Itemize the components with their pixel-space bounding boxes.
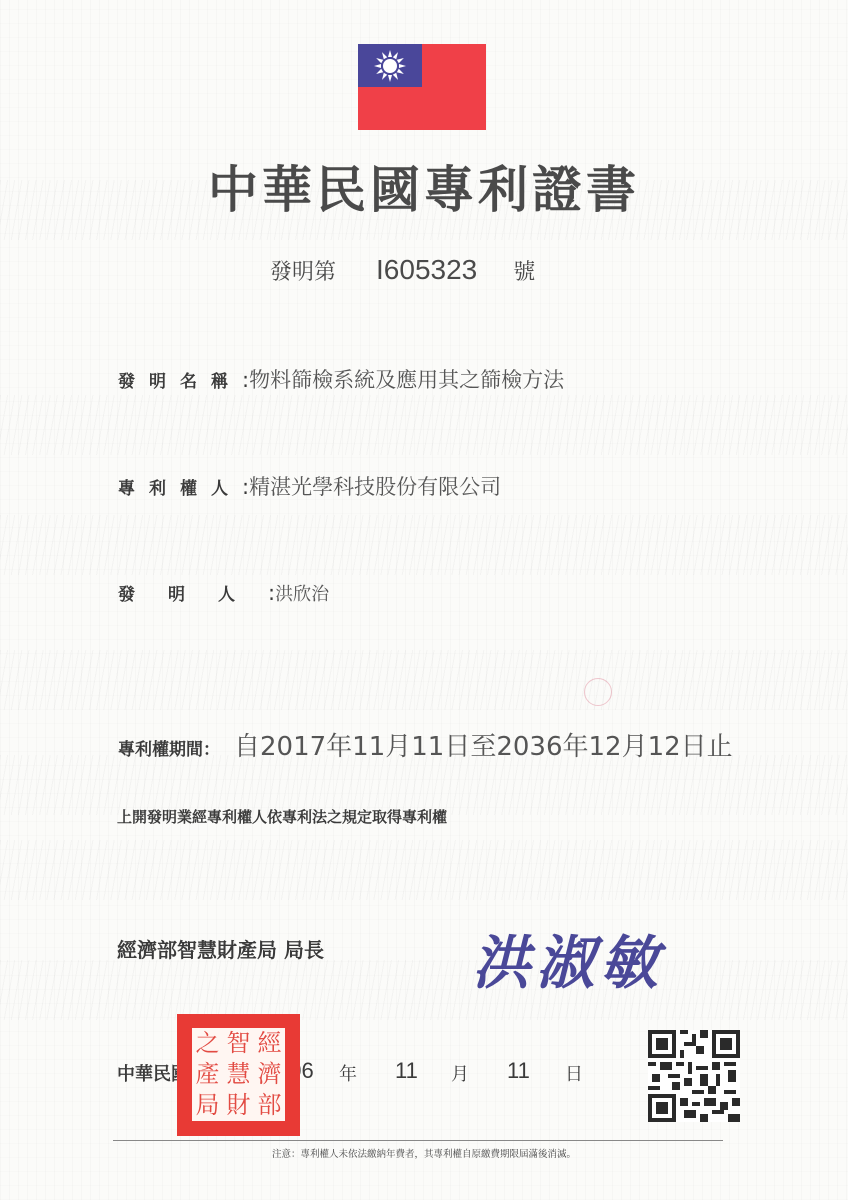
date-day-unit: 日 bbox=[565, 1060, 583, 1086]
field-label: 發明名稱 bbox=[118, 372, 242, 392]
seal-char: 經 bbox=[254, 1028, 285, 1059]
date-month-unit: 月 bbox=[451, 1060, 469, 1086]
white-sun-icon bbox=[371, 48, 409, 84]
seal-char: 產 bbox=[192, 1059, 223, 1090]
date-day: 11 bbox=[507, 1058, 530, 1084]
issuing-authority: 經濟部智慧財產局 局長 bbox=[117, 934, 324, 963]
seal-char: 局 bbox=[192, 1090, 223, 1121]
seal-char: 濟 bbox=[254, 1059, 285, 1090]
grant-statement: 上開發明業經專利權人依專利法之規定取得專利權 bbox=[117, 806, 447, 827]
seal-char: 之 bbox=[192, 1028, 223, 1059]
date-month: 11 bbox=[395, 1058, 418, 1084]
patent-number-line: 發明第I605323號 bbox=[270, 254, 535, 286]
guilloche-band bbox=[0, 395, 848, 455]
flag-of-republic-of-china-icon bbox=[358, 44, 486, 130]
field-label: 專利權人 bbox=[118, 479, 242, 499]
seal-char: 智 bbox=[223, 1028, 254, 1059]
guilloche-band bbox=[0, 650, 848, 710]
guilloche-band bbox=[0, 515, 848, 575]
patent-number: I605323 bbox=[376, 254, 477, 285]
patent-number-prefix: 發明第 bbox=[270, 260, 336, 285]
guilloche-band bbox=[0, 840, 848, 900]
date-year-unit: 年 bbox=[339, 1060, 357, 1086]
certificate-title: 中華民國專利證書 bbox=[0, 150, 848, 222]
seal-char: 慧 bbox=[223, 1059, 254, 1090]
seal-char: 部 bbox=[254, 1090, 285, 1121]
qr-code-icon[interactable] bbox=[648, 1030, 740, 1122]
patent-term: 專利權期間：自2017年11月11日至2036年12月12日止 bbox=[118, 726, 733, 763]
patent-term-value: 自2017年11月11日至2036年12月12日止 bbox=[234, 732, 733, 762]
field-inventor: 發明人:洪欣治 bbox=[118, 580, 329, 606]
footer-notice: 注意：專利權人未依法繳納年費者，其專利權自原繳費期限屆滿後消滅。 bbox=[0, 1146, 848, 1160]
patent-number-suffix: 號 bbox=[513, 260, 535, 285]
field-patentee: 專利權人:精湛光學科技股份有限公司 bbox=[118, 471, 501, 501]
field-value: 物料篩檢系統及應用其之篩檢方法 bbox=[249, 368, 564, 392]
guilloche-band bbox=[0, 960, 848, 1020]
field-invention-title: 發明名稱:物料篩檢系統及應用其之篩檢方法 bbox=[118, 364, 564, 394]
field-label: 發明人 bbox=[118, 585, 268, 605]
field-value: 精湛光學科技股份有限公司 bbox=[249, 475, 501, 499]
seal-characters: 之 智 經 產 慧 濟 局 財 部 bbox=[192, 1028, 285, 1121]
seal-char: 財 bbox=[223, 1090, 254, 1121]
director-signature: 洪淑敏 bbox=[472, 916, 664, 1000]
patent-term-label: 專利權期間： bbox=[118, 740, 220, 760]
official-seal-icon: 之 智 經 產 慧 濟 局 財 部 bbox=[177, 1014, 300, 1136]
footer-divider bbox=[113, 1140, 723, 1141]
decorative-fiber bbox=[584, 678, 612, 706]
field-value: 洪欣治 bbox=[275, 584, 329, 605]
